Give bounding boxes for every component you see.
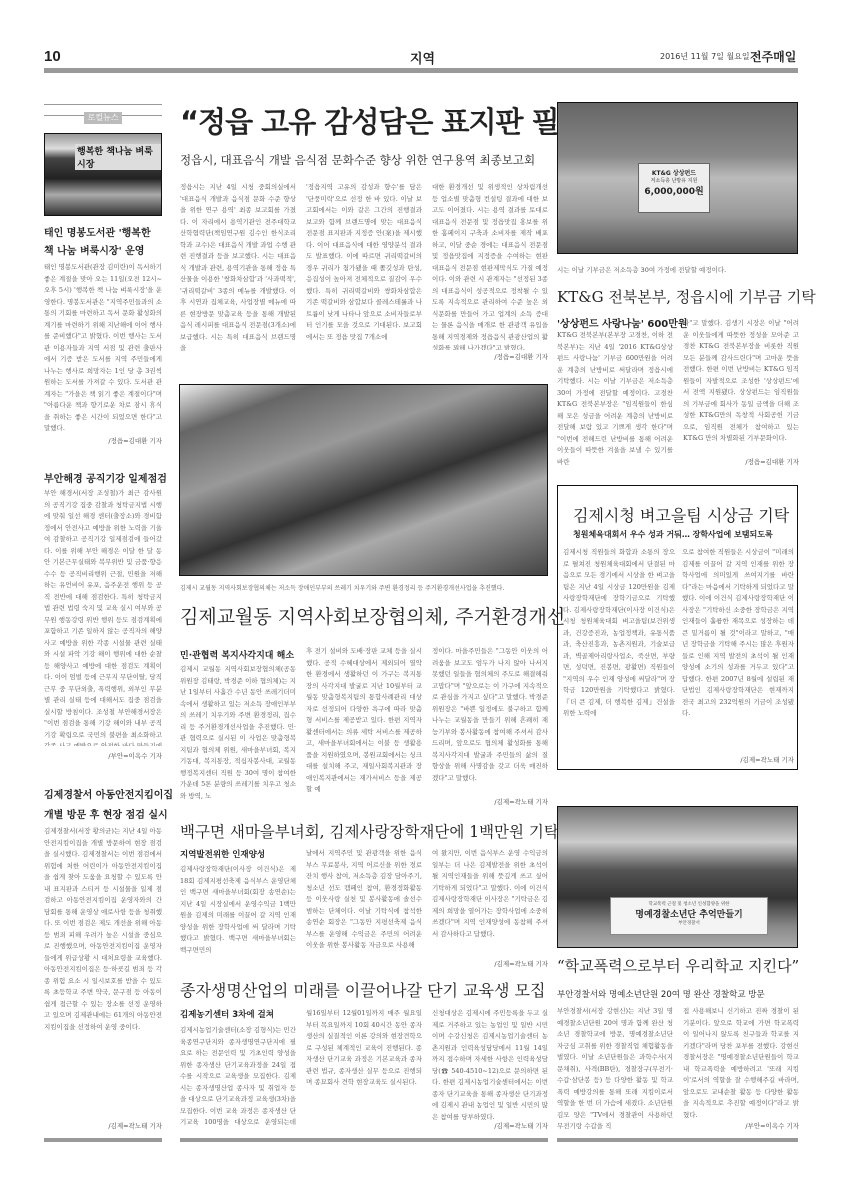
gimje-city-byline: /김제=곽노태 기자 [682, 755, 794, 764]
seed-headline: 종자생명산업의 미래를 이끌어나갈 단기 교육생 모집 [180, 978, 545, 1001]
gyowol-body-col3: 정이다. 마을주민들은 "그동안 이웃의 어려움을 보고도 엄두가 나지 않아 … [432, 646, 548, 796]
ktg-headline: KT&G 전북본부, 정읍시에 기부금 기탁 [557, 286, 816, 307]
main-body-col3: 대한 환경개선 및 위생적인 상차림개선 등 업소별 맞춤형 컨설팅 결과에 대… [432, 182, 548, 350]
article2-body: 부안 해경서(서장 조성철)가 최근 감사원의 공직기강 집중 감찰과 청탁금지… [44, 488, 162, 746]
baekgu-byline: /김제=곽노태 기자 [432, 959, 548, 968]
gyowol-headline: 김제교월동 지역사회보장협의체, 주거환경개선 [180, 602, 565, 629]
gimje-city-subheadline: 청원체육대회서 우수 성과 거둬… 장학사업에 보탬되도록 [573, 529, 773, 540]
banner-org-text: 부안경찰서 [611, 920, 767, 926]
sign-line: 저소득층 난방유 지원 [639, 177, 709, 184]
page-number: 10 [44, 48, 61, 65]
left-bottom-rule [44, 1138, 162, 1142]
donation-sign: KT&G 상상펀드 저소득층 난방유 지원 6,000,000원 [638, 163, 710, 213]
seed-subheadline: 김제농기센터 3차에 걸쳐 [180, 1008, 274, 1020]
ktg-donation-photo: KT&G 상상펀드 저소득층 난방유 지원 6,000,000원 [557, 102, 798, 254]
main-headline: “정읍 고유 감성담은 표지판 필요” [180, 100, 604, 141]
article1-byline: /정읍=김대환 기자 [44, 436, 162, 445]
seed-body-col1: 김제시농업기술센터(소장 김형식)는 민간육종연구단지와 종자생명연구단지에 필… [180, 1025, 296, 1129]
sign-amount: 6,000,000원 [639, 184, 709, 197]
baekgu-body-col1: 김제사랑장학재단(이사장 이건식)은 제18회 김제지평선축제 음식부스 운영단… [180, 864, 296, 970]
main-byline: /정읍=김대환 기자 [432, 352, 548, 361]
article2-title: 부안해경 공직기강 일제점검 [44, 470, 167, 485]
gyowol-body-col2: 후 전기 설비와 도배·장판 교체 등을 실시했다. 공적 수혜대상에서 제외되… [306, 646, 422, 806]
ktg-body-col1: KT&G 전북본부(본부장 고경찬, 이하 전북본부)는 지난 4일 '2016… [557, 330, 673, 468]
ktg-subheadline: '상상펀드 사랑나눔' 600만원 [557, 315, 688, 330]
section-title: 지역 [410, 48, 435, 67]
article1-title-line2: 책 나눔 벼룩시장' 운영 [44, 242, 144, 257]
header-rule [44, 68, 798, 73]
gimje-city-body-col1: 김제시청 직원들의 화합과 소통의 장으로 펼쳐진 청원체육대회에서 단결된 마… [563, 547, 675, 762]
buan-headline: “학교폭력으로부터 우리학교 지킨다” [557, 955, 799, 976]
buan-body-col2: 접 사용해보니 신기하고 진짜 경찰이 된 기분이다. 앞으로 학교에 가면 학… [683, 1006, 799, 1118]
main-body-col2: '정읍지역 고유의 감성과 향수'를 담은 '단풍미락'으로 선정 한 바 있다… [306, 182, 422, 362]
gyowol-body-col1: 김제시 교월동 지역사회보장협의체(공동위원장 김태랑, 박경준 이하 협의체)… [180, 664, 296, 804]
ktg-byline: /정읍=김대환 기자 [683, 457, 799, 466]
main-body-col1: 정읍시는 지난 4일 시청 중회의실에서 '대표음식 개발과 음식점 문화 수준… [180, 182, 296, 362]
article1-body: 태인 명봉도서관(관장 김미란)이 독서하기 좋은 계절을 맞아 오는 11일(… [44, 262, 162, 434]
right-bottom-rule [557, 1138, 798, 1142]
baekgu-subheadline: 지역발전위한 인재양성 [180, 848, 265, 860]
article3-byline: /김제=곽노태 기자 [44, 1121, 162, 1130]
banner-main-text: 명예경찰소년단 추억만들기 [611, 907, 767, 920]
group-banner: 학교폭력 근절 및 청소년 인성함양을 위한 명예경찰소년단 추억만들기 부안경… [610, 897, 768, 935]
seed-body-col3: 신청대상은 김제시에 주민등록을 두고 실제로 거주하고 있는 농업인 및 일반… [432, 1008, 548, 1120]
gimje-city-body-col2: 으로 참여한 직원들은 시상금이 "미래의 김제를 이끌어 갈 지역 인재를 위… [682, 547, 794, 752]
baekgu-body-col2: 날에서 지역주민 및 관광객을 위한 음식부스 무료봉사, 지역 어르신을 위한… [306, 848, 422, 970]
article3-body: 김제경찰서(서장 황의균)는 지난 4일 아동안전지킴이집을 개별 방문하여 현… [44, 826, 162, 1120]
baekgu-body-col3: 여 왔지만, 이번 음식부스 운영 수익금의 일부는 더 나은 김제발전을 위한… [432, 848, 548, 954]
main-subheadline: 정읍시, 대표음식 개발 음식점 문화수준 향상 위한 연구용역 최종보고회 [180, 152, 535, 168]
gimje-city-headline: 김제시청 벼고을팀 시상금 기탁 [573, 503, 789, 526]
article2-byline: /부안=이옥수 기자 [44, 751, 162, 760]
ktg-caption: 시는 이날 기부금은 저소득층 30여 가정에 전달할 예정이다. [557, 265, 726, 274]
baekgu-headline: 백구면 새마을부녀회, 김제사랑장학재단에 1백만원 기탁 [180, 820, 559, 842]
article1-title-line1: 태인 명봉도서관 '행복한 [44, 224, 151, 239]
seed-body-col2: 월16일부터 12월01일까지 매주 월요일부터 목요일까지 10회 40시간 … [306, 1008, 422, 1128]
buan-subheadline: 부안경찰서와 명예소년단원 20여 명 완산 경찰학교 방문 [557, 988, 765, 1000]
seed-byline: /김제=곽노태 기자 [432, 1121, 548, 1130]
book-market-photo: 행복한 책나눔 벼룩시장 [44, 133, 162, 216]
article3-title: 김제경찰서 아동안전지킴이집 [44, 786, 173, 801]
photo-banner-text: 행복한 책나눔 벼룩시장 [75, 144, 161, 170]
cleanup-volunteers-photo [179, 384, 548, 576]
paper-name: 전주매일 [750, 48, 796, 65]
gyowol-caption: 김제시 교월동 지역사회보장협의체는 저소득 장애인부부의 쓰레기 치우기와 주… [180, 583, 504, 592]
local-news-logo: 로컬뉴스 [44, 104, 162, 116]
sign-brand: KT&G 상상펀드 [639, 168, 709, 177]
issue-date: 2016년 11월 7일 월요일 [660, 51, 750, 62]
buan-byline: /부안=이옥수 기자 [683, 1121, 799, 1130]
gyowol-subheadline: 민·관협력 복지사각지대 해소 [180, 648, 294, 661]
article3-subtitle: 개별 방문 후 현장 점검 실시 [44, 806, 168, 821]
buan-body-col1: 부안경찰서(서장 강현신)는 지난 3일 명예경찰소년단원 20여 명과 함께 … [557, 1006, 673, 1130]
police-youth-group-photo: 학교폭력 근절 및 청소년 인성함양을 위한 명예경찰소년단 추억만들기 부안경… [557, 806, 798, 948]
gyowol-byline: /김제=곽노태 기자 [432, 797, 548, 806]
ktg-body-col2: 다"고 말했다. 김생기 시장은 이날 "어려운 이웃들에게 따뜻한 정성을 모… [683, 318, 799, 456]
center-bottom-rule [180, 1138, 548, 1142]
